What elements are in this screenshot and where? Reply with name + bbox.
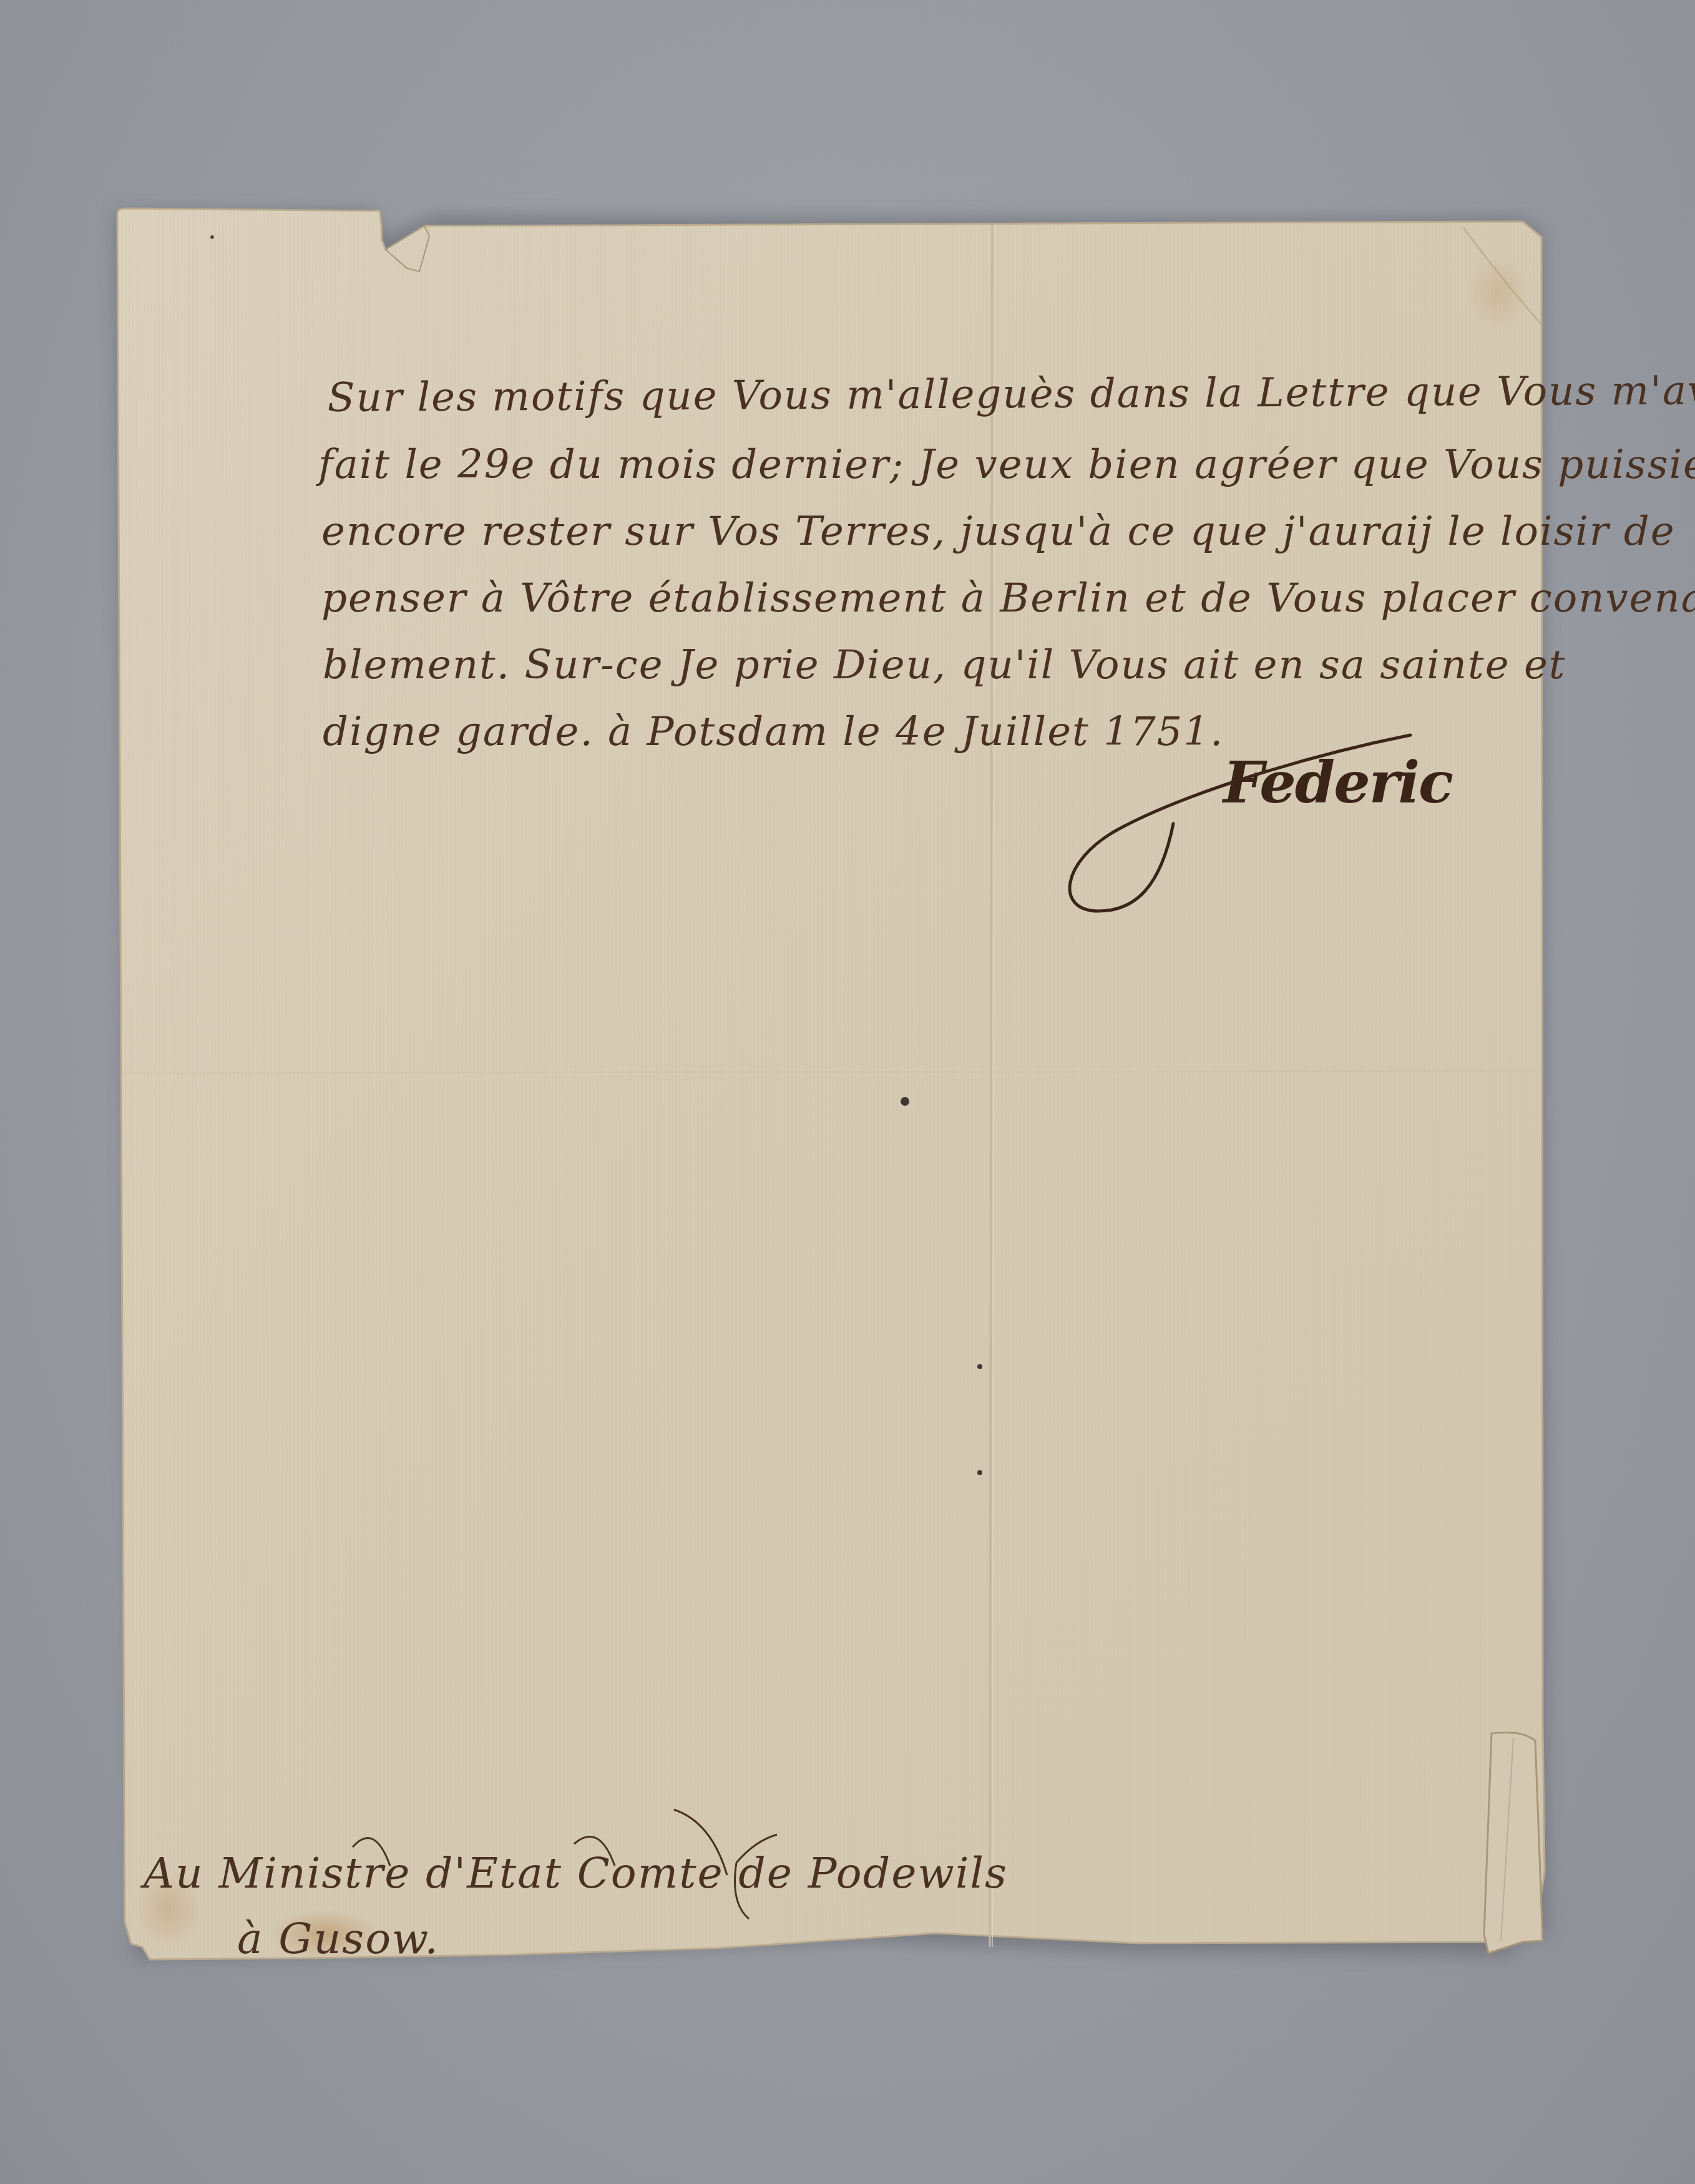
letter-line-2: fait le 29e du mois dernier; Je veux bie… <box>318 432 1541 499</box>
folded-flap <box>1484 1733 1543 1954</box>
address-block: Au Ministre d'Etat Comte de Podewils à G… <box>144 1841 1008 1972</box>
ink-speck <box>901 1097 909 1106</box>
letter-body: Sur les motifs que Vous m'alleguès dans … <box>328 365 1551 766</box>
letter-line-5: blement. Sur-ce Je prie Dieu, qu'il Vous… <box>323 632 1546 699</box>
letter-photo: Sur les motifs que Vous m'alleguès dans … <box>0 0 1695 2184</box>
address-line-1: Au Ministre d'Etat Comte de Podewils <box>144 1841 1008 1906</box>
signature: Federic <box>1223 749 1452 816</box>
address-line-2: à Gusow. <box>237 1906 1008 1972</box>
letter-line-3: encore rester sur Vos Terres, jusqu'à ce… <box>321 499 1545 565</box>
letter-line-4: penser à Vôtre établissement à Berlin et… <box>321 565 1545 632</box>
letter-line-1: Sur les motifs que Vous m'alleguès dans … <box>327 359 1551 432</box>
